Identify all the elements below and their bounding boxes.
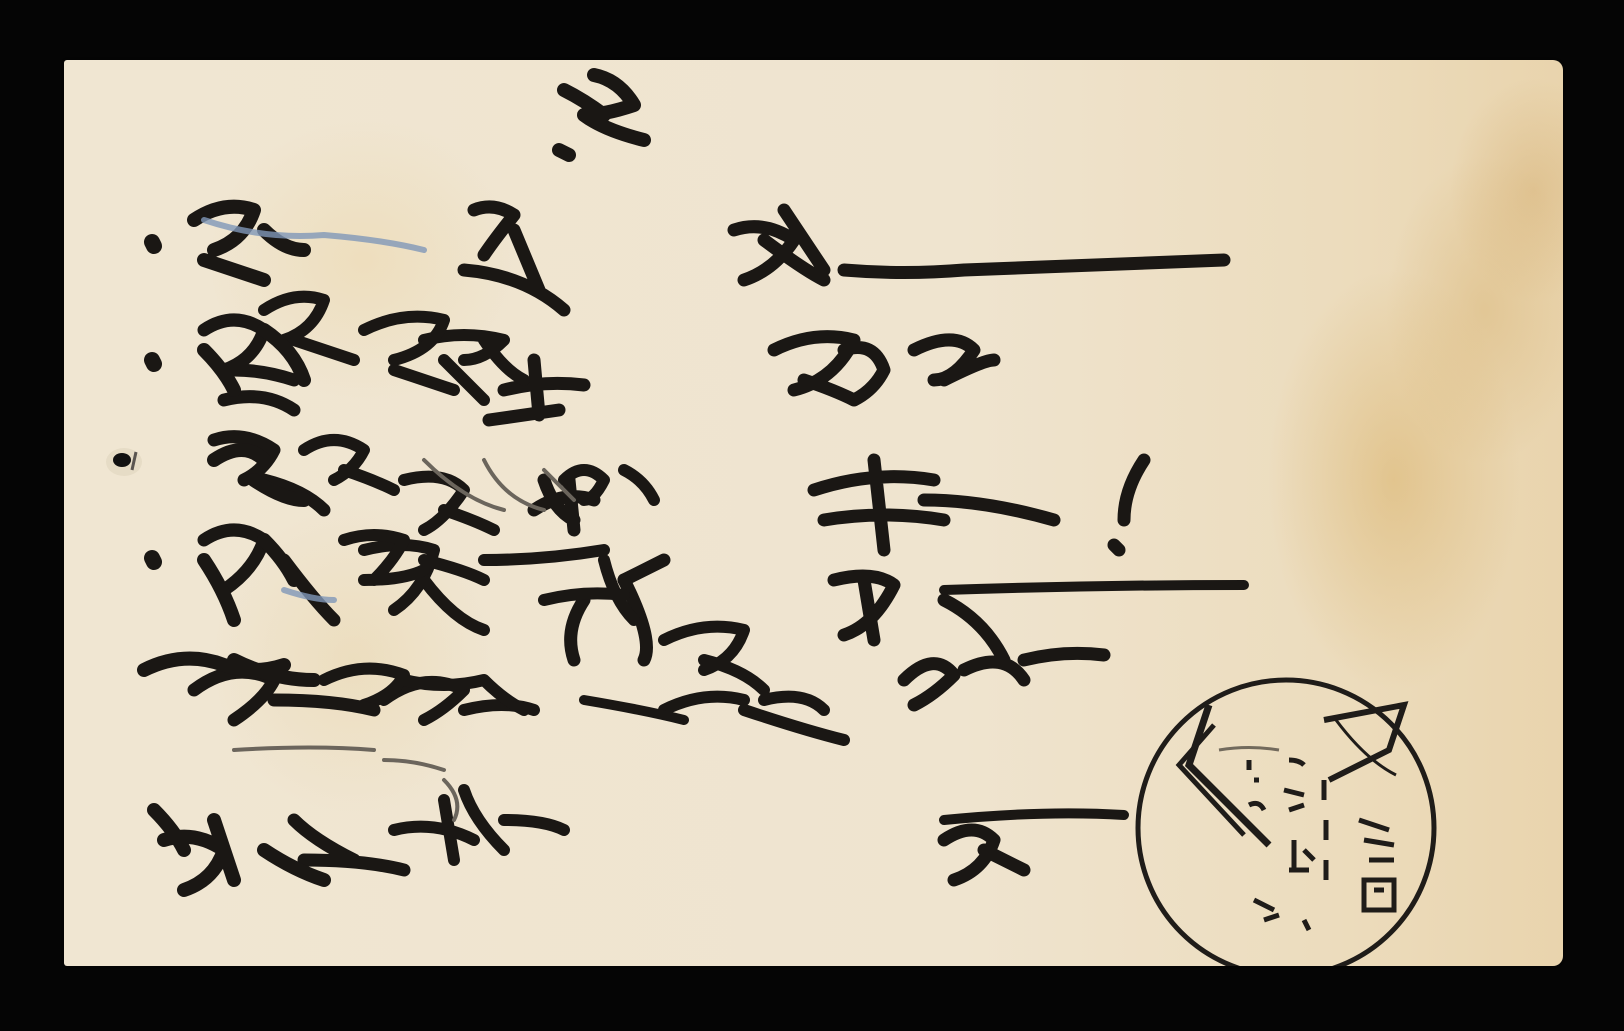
postmark-inner-text	[1249, 760, 1394, 930]
postmark	[1138, 680, 1434, 966]
calligraphy-artwork	[64, 60, 1563, 966]
pencil-strokes	[234, 460, 574, 820]
calligraphy-column-8	[144, 207, 324, 890]
calligraphy-column-3	[734, 210, 1224, 880]
postcard: Handwritten Japanese postcard	[64, 60, 1563, 966]
ink-blot	[106, 448, 142, 476]
calligraphy-column-1	[559, 75, 644, 155]
calligraphy-dots	[152, 242, 154, 562]
